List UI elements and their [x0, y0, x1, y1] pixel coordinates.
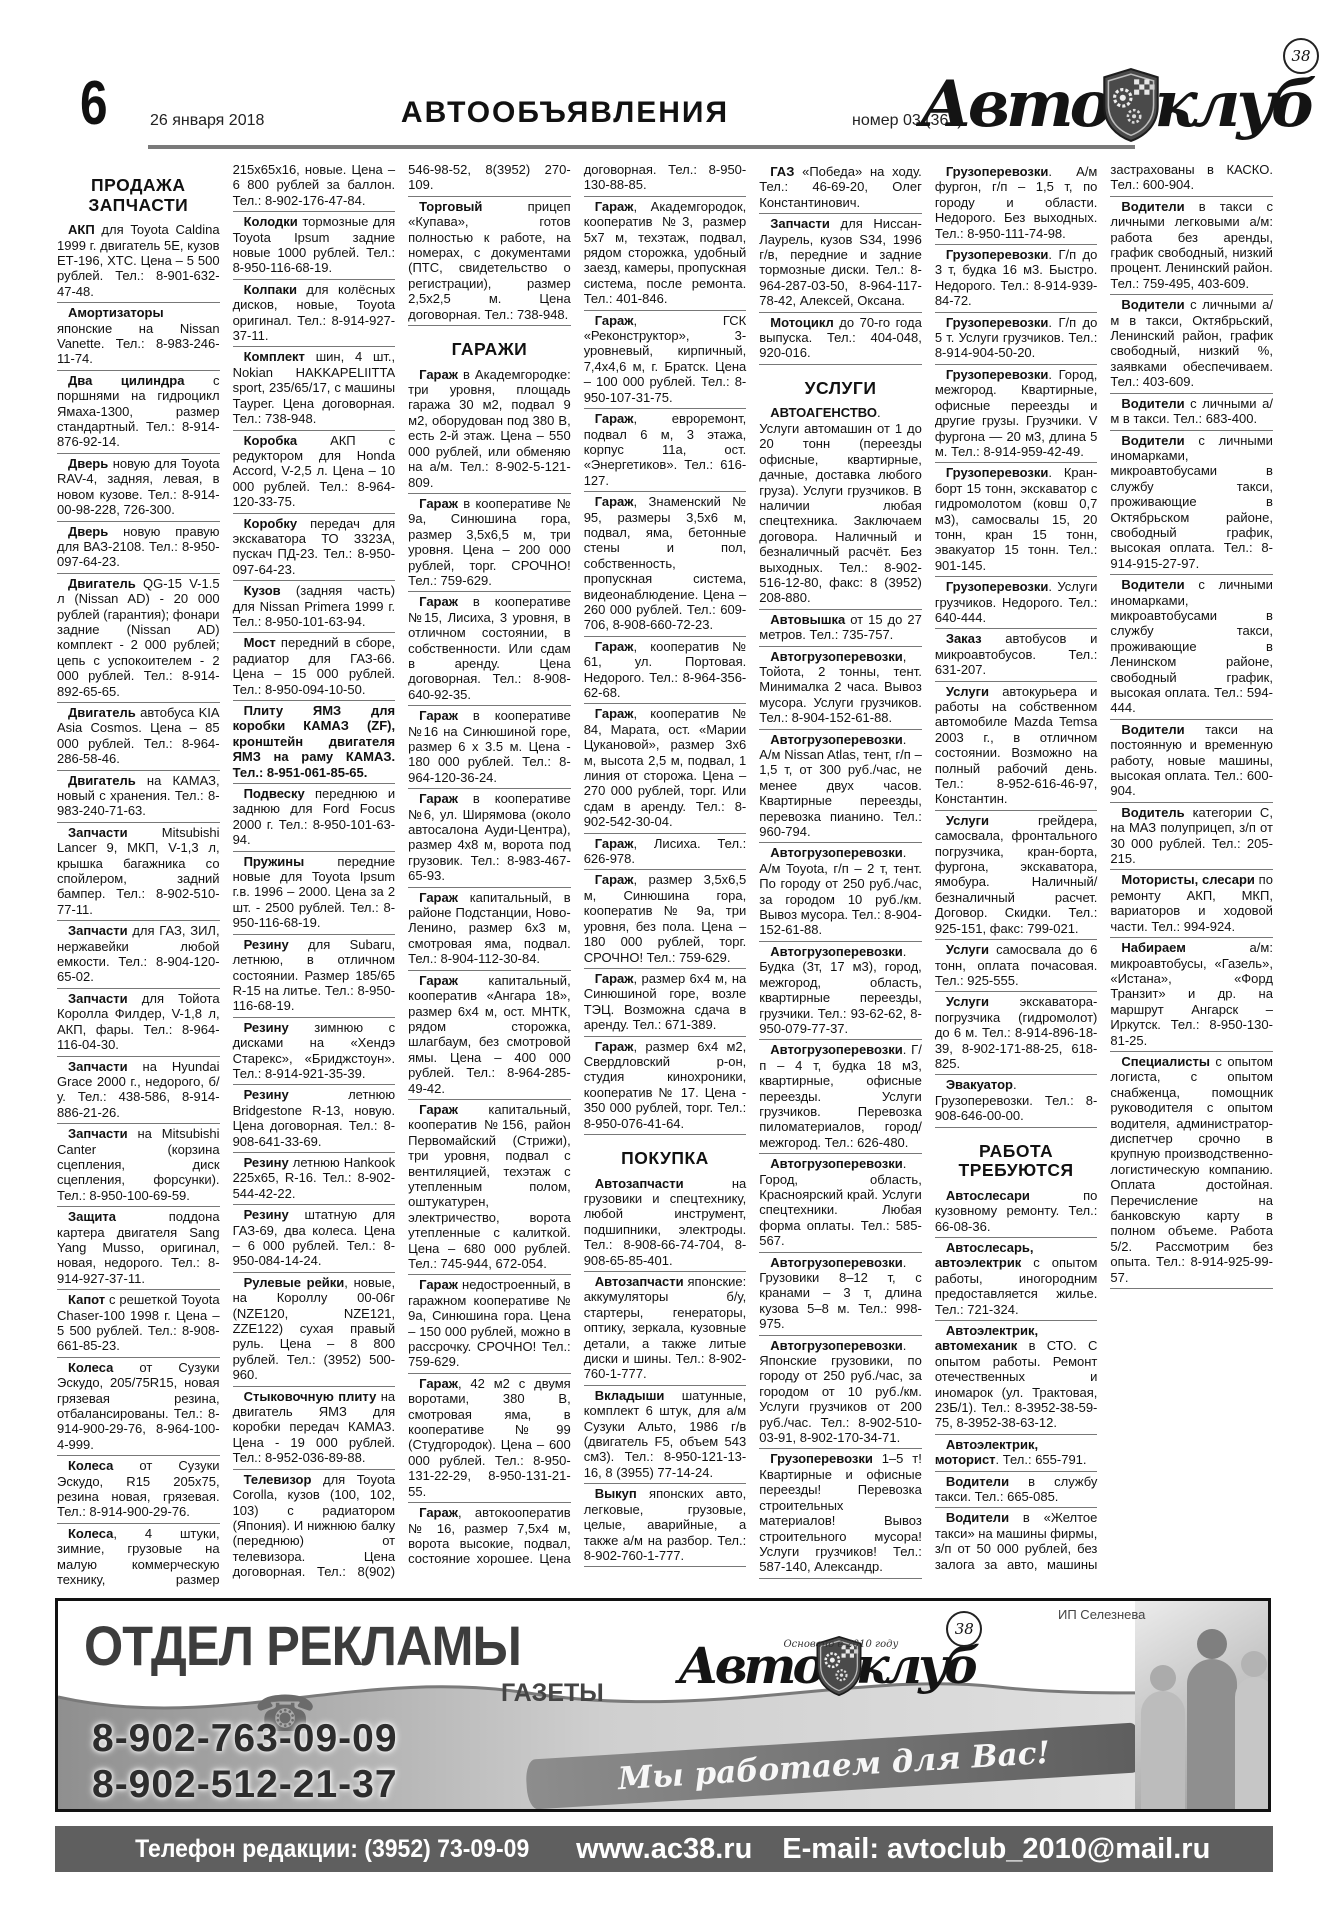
classified-ad: Запчасти Mitsubishi Lancer 9, МКП, V-1,3… — [57, 823, 220, 921]
ad-lead-word: Гараж — [595, 706, 634, 721]
ad-lead-word: Колеса — [68, 1458, 113, 1473]
classified-ad: Грузоперевозки 1–5 т! Квартирные и офисн… — [759, 1449, 922, 1578]
classified-ad: Мотористы, слесари по ремонту АКП, МКП, … — [1110, 870, 1273, 938]
classified-ad: Автогрузоперевозки. Грузовики 8–12 т, с … — [759, 1253, 922, 1336]
ad-body-text: . Г/п – 4 т, будка 18 м3, квартирные, оф… — [759, 1042, 922, 1149]
ad-lead-word: Услуги — [946, 994, 989, 1009]
ad-lead-word: Гараж — [595, 313, 634, 328]
ad-lead-word: Автогрузоперевозки — [770, 1156, 902, 1171]
classified-ad: Гараж капитальный, кооператив «Ангара 18… — [408, 971, 571, 1100]
ad-body-text: QG-15 V-1.5 л (Nissan AD) - 20 000 рубле… — [57, 576, 220, 699]
classified-ad: Капот с решеткой Toyota Chaser-100 1998 … — [57, 1290, 220, 1358]
classified-ad: АВТОАГЕНСТВО. Услуги автомашин от 1 до 2… — [759, 403, 922, 609]
classified-ad: Коробка АКП с редуктором для Honda Accor… — [233, 431, 396, 514]
classified-ad: Защита поддона картера двигателя Sang Ya… — [57, 1207, 220, 1290]
footer-email: E-mail: avtoclub_2010@mail.ru — [782, 1833, 1210, 1866]
classified-ad: Водители с личными а/м в такси. Тел.: 68… — [1110, 394, 1273, 431]
ad-lead-word: Автогрузоперевозки — [770, 1255, 902, 1270]
classified-ad: Подвеску переднюю и заднюю для Ford Focu… — [233, 784, 396, 852]
classified-ad: Гараж недостроенный, в гаражном кооперат… — [408, 1275, 571, 1373]
ad-lead-word: Грузоперевозки — [946, 315, 1049, 330]
ad-lead-word: Колодки — [244, 214, 298, 229]
ad-body-text: . Кран-борт 15 тонн, экскаватор с гидром… — [935, 465, 1098, 572]
classified-ad: Комплект шин, 4 шт., Nokian HAKKAPELIITT… — [233, 347, 396, 430]
classified-ad: Автогрузоперевозки. Город, область, Крас… — [759, 1154, 922, 1252]
ad-lead-word: Защита — [68, 1209, 116, 1224]
logo-founded-note: Основано в 2010 году — [783, 1639, 898, 1650]
ad-body-text: в кооперативе №15, Лисиха, 3 уровня, в о… — [408, 594, 571, 701]
classified-ad: Резину штатную для ГАЗ-69, два колеса. Ц… — [233, 1205, 396, 1273]
footer-phone: Телефон редакции: (3952) 73-09-09 — [135, 1835, 529, 1864]
ad-lead-word: Услуги — [946, 813, 989, 828]
classified-ad: Колодки тормозные для Toyota Ipsum задни… — [233, 212, 396, 280]
classified-ad: Запчасти для ГАЗ, ЗИЛ, нержавейки любой … — [57, 921, 220, 989]
person-silhouette — [1187, 1659, 1237, 1809]
ad-body-text: в Академгородке: три уровня, площадь гар… — [408, 367, 571, 490]
classified-ad: Специалисты с опытом логиста, с опытом с… — [1110, 1052, 1273, 1289]
ad-lead-word: Вкладыши — [595, 1388, 665, 1403]
classified-ad: Гараж, кооператив № 61, ул. Портовая. Не… — [584, 637, 747, 705]
person-silhouette — [1150, 1665, 1176, 1691]
ad-lead-word: Запчасти — [68, 991, 128, 1006]
ad-body-text: . А/м Nissan Atlas, тент, г/п – 1,5 т, о… — [759, 732, 922, 839]
ad-lead-word: АВТОАГЕНСТВО — [770, 405, 877, 420]
classified-ad: Автослесари по кузовному ремонту. Тел.: … — [935, 1186, 1098, 1238]
section-title: РАБОТА ТРЕБУЮТСЯ — [935, 1142, 1098, 1181]
classified-ad: Двигатель QG-15 V-1.5 л (Nissan AD) - 20… — [57, 574, 220, 703]
ad-lead-word: Гараж — [419, 1277, 458, 1292]
ad-body-text: автокурьера и работы на собственном авто… — [935, 684, 1098, 807]
classified-ad: Автогрузоперевозки, Тойота, 2 тонны, тен… — [759, 647, 922, 730]
ad-lead-word: Гараж — [595, 836, 634, 851]
person-silhouette — [1141, 1691, 1185, 1809]
ad-lead-word: Грузоперевозки — [946, 465, 1049, 480]
ad-lead-word: Водители — [1121, 577, 1184, 592]
ad-lead-word: Запчасти — [68, 923, 128, 938]
ad-lead-word: Два цилиндра — [68, 373, 184, 388]
classified-ad: Автогрузоперевозки. Японские грузовики, … — [759, 1336, 922, 1450]
ad-lead-word: Гараж — [419, 708, 458, 723]
ad-lead-word: Запчасти — [68, 825, 128, 840]
person-silhouette — [1197, 1629, 1227, 1659]
classified-ad: Водители с личными иномарками, микроавто… — [1110, 431, 1273, 576]
classified-ad: Гараж, Знаменский № 95, размеры 3,5х6 м,… — [584, 492, 747, 637]
ad-lead-word: Подвеску — [244, 786, 305, 801]
ad-lead-word: Торговый — [419, 199, 482, 214]
classified-ad: Эвакуатор. Грузоперевозки. Тел.: 8-908-6… — [935, 1075, 1098, 1127]
classified-ad: Автоэлектрик, автомеханик в СТО. С опыто… — [935, 1321, 1098, 1435]
ad-body-text: прицеп «Купава», готов полностью к работ… — [408, 199, 571, 322]
banner-autoclub-logo: Авто клуб 38 Основано в — [678, 1623, 976, 1709]
classified-ad: Гараж, Лисиха. Тел.: 626-978. — [584, 834, 747, 871]
classified-ad: Кузов (задняя часть) для Nissan Primera … — [233, 581, 396, 633]
ad-lead-word: Амортизаторы — [68, 305, 164, 320]
classified-ad: Автовышка от 15 до 27 метров. Тел.: 735-… — [759, 610, 922, 647]
ad-body-text: с личными иномарками, микроавтобусами в … — [1110, 577, 1273, 715]
ad-lead-word: Гараж — [595, 494, 634, 509]
ad-lead-word: Колеса — [68, 1526, 113, 1541]
classified-ad: Грузоперевозки. Г/п до 5 т. Услуги грузч… — [935, 313, 1098, 365]
classified-ad: Услуги автокурьера и работы на собственн… — [935, 682, 1098, 811]
shield-gears-icon — [1100, 67, 1162, 148]
classified-ad: Запчасти для Тойота Королла Филдер, V-1,… — [57, 989, 220, 1057]
issue-date: 26 января 2018 — [150, 112, 264, 130]
footer-bar: Телефон редакции: (3952) 73-09-09 www.ac… — [55, 1826, 1273, 1872]
ad-body-text: . Японские грузовики, по городу от 250 р… — [759, 1338, 922, 1445]
ad-lead-word: Водители — [946, 1474, 1009, 1489]
classified-ad: Водители с личными иномарками, микроавто… — [1110, 575, 1273, 720]
ad-lead-word: ГАЗ — [770, 164, 794, 179]
classified-ad: Стыковочную плиту на двигатель ЯМЗ для к… — [233, 1387, 396, 1470]
newspaper-page: 6 26 января 2018 АВТООБЪЯВЛЕНИЯ номер 03… — [0, 0, 1327, 1920]
ad-lead-word: Специалисты — [1121, 1054, 1210, 1069]
classified-ad: Грузоперевозки. Г/п до 3 т, будка 16 м3.… — [935, 245, 1098, 313]
classified-ad: Гараж, евроремонт, подвал 6 м, 3 этажа, … — [584, 409, 747, 492]
ad-body-text: а/м: микроавтобусы, «Газель», «Истана», … — [1110, 940, 1273, 1047]
ad-lead-word: Эвакуатор — [946, 1077, 1013, 1092]
classified-ad: Гараж, размер 3,5х6,5 м, Синюшина гора, … — [584, 870, 747, 968]
ad-lead-word: Гараж — [419, 973, 458, 988]
classified-ad: Гараж в кооперативе №6, ул. Ширямова (ок… — [408, 789, 571, 887]
ad-body-text: , кооператив № 84, Марата, ост. «Марии Ц… — [584, 706, 747, 829]
classified-ad: Торговый прицеп «Купава», готов полность… — [408, 197, 571, 326]
ad-lead-word: Запчасти — [770, 216, 830, 231]
ad-lead-word: Гараж — [419, 791, 458, 806]
ad-lead-word: Водители — [1121, 396, 1184, 411]
ad-lead-word: Грузоперевозки — [946, 367, 1049, 382]
banner-phone-2: 8-902-512-21-37 — [92, 1763, 398, 1807]
ad-lead-word: Запчасти — [68, 1126, 128, 1141]
ad-body-text: капитальный, кооператив «Ангара 18», раз… — [408, 973, 571, 1096]
ad-lead-word: Резину — [244, 1087, 289, 1102]
classified-ad: Водитель категории С, на МАЗ полуприцеп,… — [1110, 803, 1273, 871]
classified-ad: Резину летнюю Hankook 225х65, R-16. Тел.… — [233, 1153, 396, 1205]
classified-ad: Выкуп японских авто, легковые, грузовые,… — [584, 1484, 747, 1567]
classified-ad: Гараж, ГСК «Реконструктор», 3-уровневый,… — [584, 311, 747, 409]
ad-lead-word: Стыковочную плиту — [244, 1389, 377, 1404]
banner-owner: ИП Селезнева — [1058, 1607, 1145, 1622]
classified-ad: Гараж в Академгородке: три уровня, площа… — [408, 365, 571, 494]
section-title: ГАРАЖИ — [408, 340, 571, 360]
ad-lead-word: Кузов — [244, 583, 281, 598]
page-number: 6 — [80, 68, 106, 139]
classified-ad: Коробку передач для экскаватора ТО 3323А… — [233, 514, 396, 582]
ad-lead-word: Услуги — [946, 942, 989, 957]
section-title: ПРОДАЖА ЗАПЧАСТИ — [57, 176, 220, 215]
classified-ad: Водители в такси с личными легковыми а/м… — [1110, 197, 1273, 295]
classified-ad: Резину для Subaru, летнюю, в отличном со… — [233, 935, 396, 1018]
classified-ad: Водители такси на постоянную и временную… — [1110, 720, 1273, 803]
ad-lead-word: Заказ — [946, 631, 982, 646]
ad-lead-word: Коробку — [244, 516, 298, 531]
ad-lead-word: Водители — [946, 1510, 1009, 1525]
ad-lead-word: Автозапчасти — [595, 1176, 684, 1191]
autoclub-logo: Авто клуб 38 — [920, 50, 1313, 160]
banner-phone-1: 8-902-763-09-09 — [92, 1717, 398, 1761]
classified-ad: Автоэлектрик, моторист. Тел.: 655-791. — [935, 1435, 1098, 1472]
classified-ad: Рулевые рейки, новые, на Короллу 00-06г … — [233, 1273, 396, 1387]
person-silhouette — [1235, 1677, 1271, 1809]
classified-ad: ГАЗ «Победа» на ходу. Тел.: 46-69-20, Ол… — [759, 162, 922, 214]
classifieds-columns: ПРОДАЖА ЗАПЧАСТИ АКП для Toyota Caldina … — [57, 162, 1273, 1589]
ad-lead-word: Автогрузоперевозки — [770, 845, 902, 860]
classified-ad: Гараж, Академгородок, кооператив №3, раз… — [584, 197, 747, 311]
classified-ad: Гараж, размер 6х4 м2, Свердловский р-он,… — [584, 1037, 747, 1135]
ad-lead-word: Грузоперевозки — [946, 247, 1049, 262]
ad-lead-word: Резину — [244, 1155, 289, 1170]
logo-badge-38: 38 — [1283, 38, 1319, 74]
ad-lead-word: Грузоперевозки — [770, 1451, 873, 1466]
ad-lead-word: Автозапчасти — [595, 1274, 684, 1289]
classified-ad: Услуги грейдера, самосвала, фронтального… — [935, 811, 1098, 940]
ad-lead-word: Автослесарь, автоэлектрик — [935, 1240, 1034, 1270]
classified-ad: АКП для Toyota Caldina 1999 г. двигатель… — [57, 220, 220, 303]
ad-lead-word: Пружины — [244, 854, 305, 869]
ad-lead-word: Водители — [1121, 297, 1184, 312]
ad-body-text: , 42 м2 с двумя воротами, 380 В, смотров… — [408, 1376, 571, 1499]
ad-lead-word: Автогрузоперевозки — [770, 1338, 902, 1353]
ad-lead-word: Гараж — [419, 367, 458, 382]
ad-lead-word: Гараж — [595, 971, 634, 986]
logo-text-right: клуб — [1154, 73, 1313, 137]
ad-lead-word: Гараж — [419, 1102, 458, 1117]
classified-ad: Плиту ЯМЗ для коробки КАМАЗ (ZF), кроншт… — [233, 701, 396, 784]
ad-lead-word: Двигатель — [68, 705, 136, 720]
classified-ad: Резину зимнюю с дисками на «Хендэ Старек… — [233, 1018, 396, 1086]
classified-ad: Грузоперевозки. А/м фургон, г/п – 1,5 т,… — [935, 162, 1098, 245]
classified-ad: Грузоперевозки. Услуги грузчиков. Недоро… — [935, 577, 1098, 629]
ad-lead-word: Автовышка — [770, 612, 845, 627]
ad-lead-word: Резину — [244, 1207, 289, 1222]
ad-lead-word: Комплект — [244, 349, 305, 364]
ad-lead-word: Автогрузоперевозки — [770, 649, 902, 664]
ad-lead-word: Плиту ЯМЗ — [244, 703, 342, 718]
ad-lead-word: Гараж — [595, 199, 634, 214]
banner-title: ОТДЕЛ РЕКЛАМЫ — [84, 1613, 521, 1678]
classified-ad: Автозапчасти японские: аккумуляторы б/у,… — [584, 1272, 747, 1386]
classified-ad: Резину летнюю Bridgestone R-13, новую. Ц… — [233, 1085, 396, 1153]
ad-lead-word: Гараж — [595, 639, 634, 654]
classified-ad: Амортизаторы японские на Nissan Vanette.… — [57, 303, 220, 371]
office-people-photo — [1135, 1601, 1268, 1809]
logo-text-left: Авто — [920, 73, 1109, 137]
ad-lead-word: Двигатель — [68, 773, 136, 788]
classified-ad: Автослесарь, автоэлектрик с опытом работ… — [935, 1238, 1098, 1321]
classified-ad: Дверь новую для Toyota RAV-4, задняя, ле… — [57, 454, 220, 522]
ad-lead-word: Автогрузоперевозки — [770, 732, 902, 747]
ad-body-text: с личными иномарками, микроавтобусами в … — [1110, 433, 1273, 571]
classified-ad: Грузоперевозки. Город, межгород. Квартир… — [935, 365, 1098, 463]
classified-ad: Автогрузоперевозки. А/м Toyota, г/п – 2 … — [759, 843, 922, 941]
classified-ad: Набираем а/м: микроавтобусы, «Газель», «… — [1110, 938, 1273, 1052]
classified-ad: Гараж, кооператив № 84, Марата, ост. «Ма… — [584, 704, 747, 833]
ad-body-text: грейдера, самосвала, фронтального погруз… — [935, 813, 1098, 936]
ad-lead-word: Мотористы, слесари — [1121, 872, 1255, 887]
ad-body-text: с опытом логиста, с опытом снабженца, по… — [1110, 1054, 1273, 1285]
ad-lead-word: Гараж — [419, 496, 458, 511]
classified-ad: Гараж, размер 6х4 м, на Синюшиной горе, … — [584, 969, 747, 1037]
ad-body-text: . Услуги автомашин от 1 до 20 тонн (пере… — [759, 405, 922, 605]
ad-body-text: , Знаменский № 95, размеры 3,5х6 м, подв… — [584, 494, 747, 632]
banner-subtitle: ГАЗЕТЫ — [501, 1679, 604, 1708]
classified-ad: Гараж капитальный, кооператив №156, райо… — [408, 1100, 571, 1275]
classified-ad: Автогрузоперевозки. Будка (3т, 17 м3), г… — [759, 942, 922, 1040]
footer-website: www.ac38.ru — [576, 1833, 752, 1866]
ad-lead-word: Дверь — [68, 524, 108, 539]
ad-lead-word: Грузоперевозки — [946, 164, 1049, 179]
ad-body-text: . Тел.: 655-791. — [996, 1452, 1087, 1467]
classified-ad: Водители в службу такси. Тел.: 665-085. — [935, 1472, 1098, 1509]
ad-lead-word: Двигатель — [68, 576, 136, 591]
ad-lead-word: Гараж — [419, 594, 458, 609]
ad-lead-word: Набираем — [1121, 940, 1186, 955]
ad-lead-word: Гараж — [595, 872, 634, 887]
ad-department-banner: ОТДЕЛ РЕКЛАМЫ ГАЗЕТЫ ☎ 8-902-763-09-09 8… — [55, 1598, 1271, 1812]
classified-ad: Автогрузоперевозки. А/м Nissan Atlas, те… — [759, 730, 922, 844]
classified-ad: Колеса от Сузуки Эскудо, 205/75R15, нова… — [57, 1358, 220, 1456]
ad-lead-word: Водители — [1121, 722, 1184, 737]
ad-lead-word: Водитель — [1121, 805, 1184, 820]
ad-lead-word: Капот — [68, 1292, 105, 1307]
classified-ad: Вкладыши шатунные, комплект 6 штук, для … — [584, 1386, 747, 1484]
ad-body-text: японские на Nissan Vanette. Тел.: 8-983-… — [57, 321, 220, 367]
classified-ad: Колпаки для колёсных дисков, новые, Toyo… — [233, 280, 396, 348]
ad-body-text: капитальный, кооператив №156, район Перв… — [408, 1102, 571, 1271]
ad-body-text: 1–5 т! Квартирные и офисные переезды! Пе… — [759, 1451, 922, 1574]
ad-lead-word: Гараж — [419, 1505, 458, 1520]
classified-ad: Двигатель автобуса KIA Asia Cosmos. Цена… — [57, 703, 220, 771]
classified-ad: Услуги самосвала до 6 тонн, оплата почас… — [935, 940, 1098, 992]
classified-ad: Гараж, 42 м2 с двумя воротами, 380 В, см… — [408, 1374, 571, 1503]
ad-lead-word: Водители — [1121, 199, 1184, 214]
ad-lead-word: Резину — [244, 937, 289, 952]
ad-lead-word: Рулевые рейки — [244, 1275, 345, 1290]
ad-lead-word: Мотоцикл — [770, 315, 834, 330]
classified-ad: Двигатель на КАМАЗ, новый с хранения. Те… — [57, 771, 220, 823]
ad-lead-word: Телевизор — [244, 1472, 312, 1487]
classified-ad: Мотоцикл до 70-го года выпуска. Тел.: 40… — [759, 313, 922, 365]
ad-lead-word: Услуги — [946, 684, 989, 699]
ad-body-text: , новые, на Короллу 00-06г (NZE120, NZE1… — [233, 1275, 396, 1382]
ad-lead-word: Выкуп — [595, 1486, 637, 1501]
classified-ad: Услуги экскаватора-погрузчика (гидромоло… — [935, 992, 1098, 1075]
classified-ad: Мост передний в сборе, радиатор для ГАЗ-… — [233, 633, 396, 701]
classified-ad: Запчасти на Mitsubishi Canter (корзина с… — [57, 1124, 220, 1207]
section-title: УСЛУГИ — [759, 379, 922, 399]
ad-lead-word: Колпаки — [244, 282, 297, 297]
classified-ad: Гараж капитальный, в районе Подстанции, … — [408, 888, 571, 971]
classified-ad: Водители с личными а/м в такси, Октябрьс… — [1110, 295, 1273, 393]
classified-ad: Грузоперевозки. Кран-борт 15 тонн, экска… — [935, 463, 1098, 577]
person-silhouette — [1241, 1651, 1267, 1677]
classified-ad: Два цилиндра с поршнями на гидроцикл Яма… — [57, 371, 220, 454]
classified-ad: Колеса от Сузуки Эскудо, R15 205х75, рез… — [57, 1456, 220, 1524]
ad-lead-word: Грузоперевозки — [946, 579, 1049, 594]
ad-lead-word: Гараж — [595, 411, 634, 426]
ad-lead-word: Водители — [1121, 433, 1184, 448]
page-title: АВТООБЪЯВЛЕНИЯ — [340, 96, 790, 130]
section-title: ПОКУПКА — [584, 1149, 747, 1169]
ad-lead-word: Дверь — [68, 456, 108, 471]
classified-ad: Гараж в кооперативе № 9а, Синюшина гора,… — [408, 494, 571, 592]
ad-lead-word: Автогрузоперевозки — [770, 944, 902, 959]
ad-body-text: , Академгородок, кооператив №3, размер 5… — [584, 199, 747, 306]
classified-ad: Автогрузоперевозки. Г/п – 4 т, будка 18 … — [759, 1040, 922, 1154]
classified-ad: Гараж в кооперативе №15, Лисиха, 3 уровн… — [408, 592, 571, 706]
ad-lead-word: Резину — [244, 1020, 289, 1035]
classified-ad: Автозапчасти на грузовики и спецтехнику,… — [584, 1174, 747, 1272]
ad-lead-word: Мост — [244, 635, 276, 650]
classified-ad: Дверь новую правую для ВАЗ-2108. Тел.: 8… — [57, 522, 220, 574]
ad-lead-word: Колеса — [68, 1360, 113, 1375]
ad-lead-word: Автослесари — [946, 1188, 1030, 1203]
classified-ad: Пружины передние новые для Toyota Ipsum … — [233, 852, 396, 935]
classified-ad: Запчасти на Hyundai Grace 2000 г., недор… — [57, 1057, 220, 1125]
ad-lead-word: Гараж — [419, 1376, 458, 1391]
classified-ad: Гараж в кооперативе №16 на Синюшиной гор… — [408, 706, 571, 789]
ad-lead-word: Автогрузоперевозки — [770, 1042, 902, 1057]
classified-ad: Запчасти для Ниссан-Лаурель, кузов S34, … — [759, 214, 922, 312]
ad-lead-word: АКП — [68, 222, 95, 237]
ad-lead-word: Гараж — [419, 890, 458, 905]
ad-body-text: японские: аккумуляторы б/у, стартеры, ге… — [584, 1274, 747, 1381]
ad-lead-word: Коробка — [244, 433, 298, 448]
ad-lead-word: Гараж — [595, 1039, 634, 1054]
ad-lead-word: Запчасти — [68, 1059, 128, 1074]
classified-ad: Заказ автобусов и микроавтобусов. Тел.: … — [935, 629, 1098, 681]
